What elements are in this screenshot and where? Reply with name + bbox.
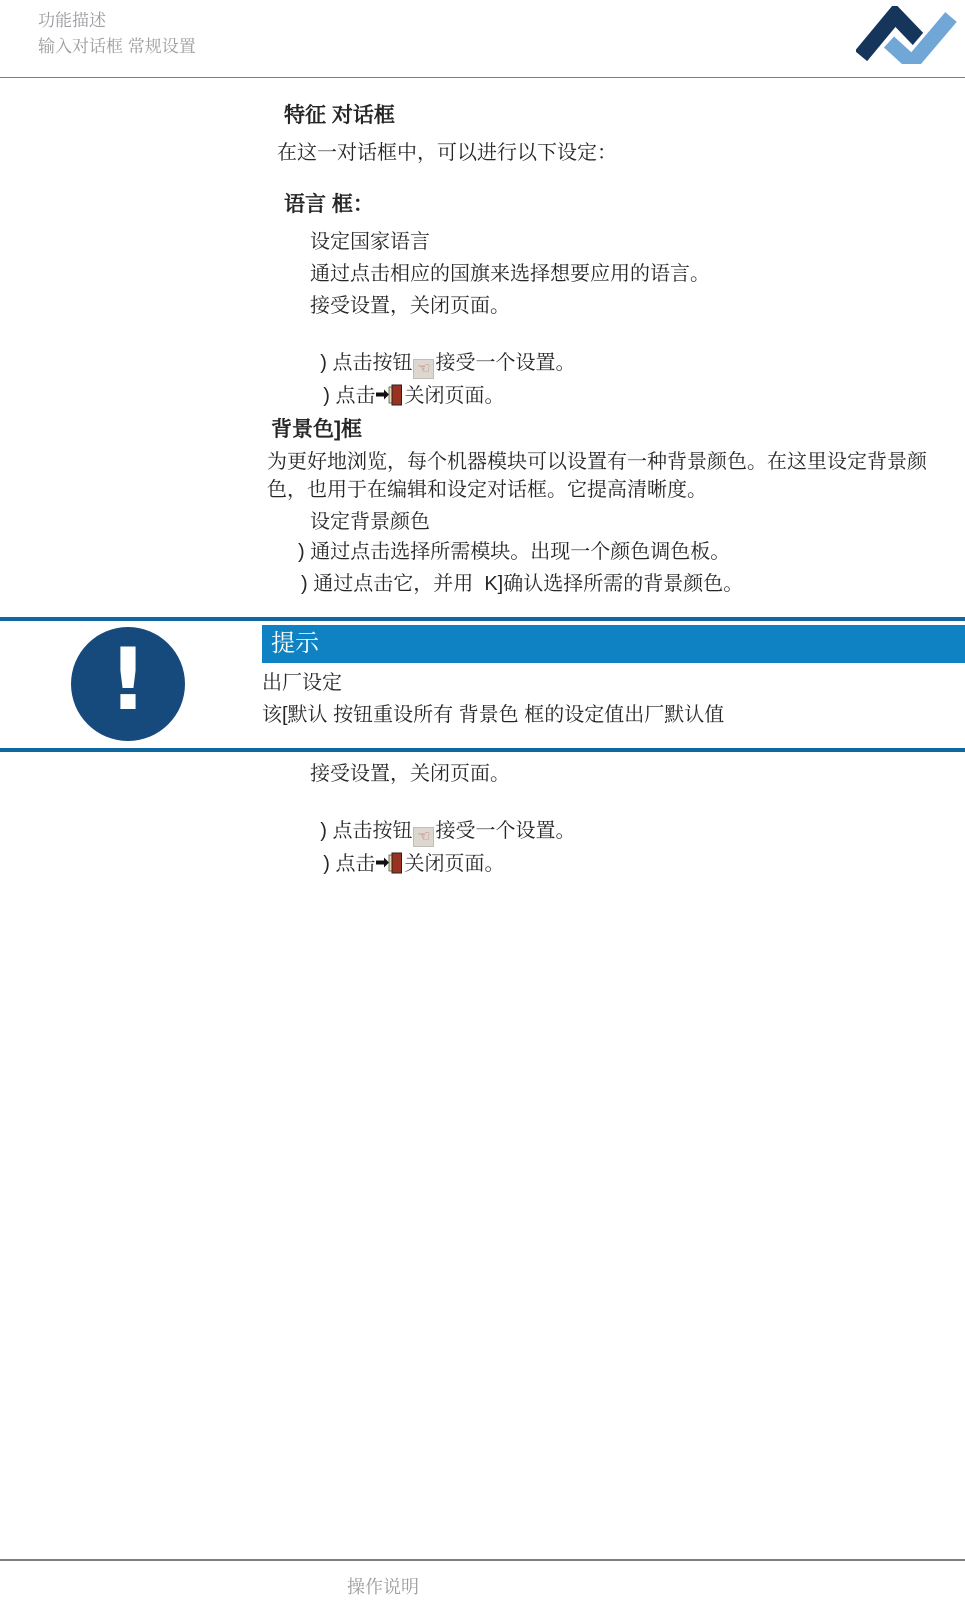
language-box-heading: 语言 框： <box>284 192 374 217</box>
feature-dialog-heading: 特征 对话框 <box>284 103 395 128</box>
note-body-text: 该[默认 按钮重设所有 背景色 框的设定值出厂默认值 <box>262 698 724 727</box>
step-text-prefix: ) 点击 <box>323 853 375 875</box>
closing-accept-title: 接受设置，关闭页面。 <box>310 762 510 786</box>
feature-intro-text: 在这一对话框中，可以进行以下设定： <box>277 141 617 165</box>
note-title-bar: 提示 <box>262 625 965 663</box>
step-text-suffix: 关闭页面。 <box>404 385 504 407</box>
manual-page: 功能描述 输入对话框 常规设置 特征 对话框 在这一对话框中，可以进行以下设定：… <box>0 0 965 1606</box>
background-color-heading: 背景色]框 <box>271 417 362 442</box>
language-instruction-body: 通过点击相应的国旗来选择想要应用的语言。 <box>310 262 710 286</box>
exclamation-circle-icon: ! <box>71 627 185 741</box>
step-text-prefix: ) 点击 <box>323 385 375 407</box>
background-step-select-module: ) 通过点击选择所需模块。出现一个颜色调色板。 <box>298 540 730 564</box>
exclamation-glyph: ! <box>108 637 147 723</box>
brand-logo-icon <box>856 6 958 64</box>
note-subtitle: 出厂设定 <box>262 666 342 695</box>
exit-door-icon <box>376 852 403 874</box>
background-paragraph-line2: 色，也用于在编辑和设定对话框。它提高清晰度。 <box>267 478 707 502</box>
step-text-suffix: 关闭页面。 <box>404 853 504 875</box>
note-divider-bottom <box>0 748 965 752</box>
note-divider-top <box>0 617 965 621</box>
language-instruction-title: 设定国家语言 <box>310 230 430 254</box>
background-paragraph-line1: 为更好地浏览，每个机器模块可以设置有一种背景颜色。在这里设定背景颜 <box>267 450 927 474</box>
background-instruction-title: 设定背景颜色 <box>310 510 430 534</box>
footer-doc-type: 操作说明 <box>347 1576 419 1598</box>
language-accept-title: 接受设置，关闭页面。 <box>310 294 510 318</box>
exit-door-icon <box>376 384 403 406</box>
header-chapter: 功能描述 <box>38 10 106 32</box>
header-section: 输入对话框 常规设置 <box>38 36 196 58</box>
header-divider <box>0 77 965 78</box>
footer-divider <box>0 1559 965 1561</box>
closing-step-close: ) 点击关闭页面。 <box>301 828 504 900</box>
background-step-confirm-color: ) 通过点击它，并用 K]确认选择所需的背景颜色。 <box>301 572 743 596</box>
